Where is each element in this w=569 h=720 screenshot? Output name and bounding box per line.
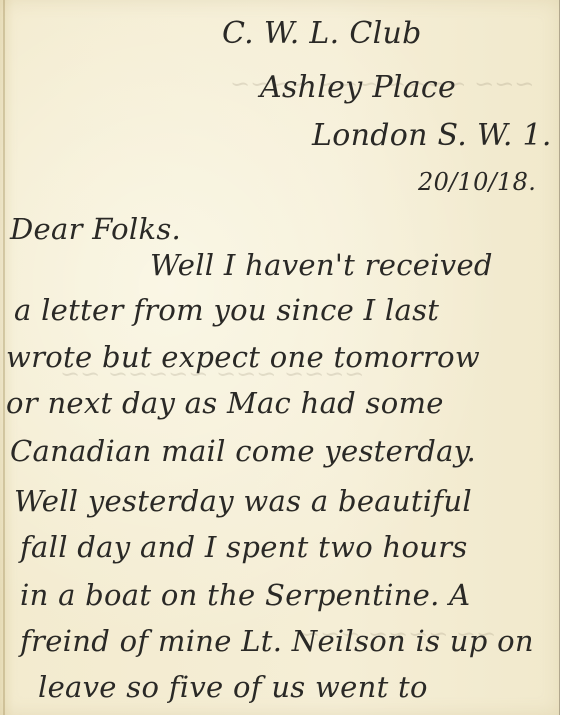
body-line: Well yesterday was a beautiful [14,484,472,518]
body-line: Canadian mail come yesterday. [10,434,476,468]
letter-date: 20/10/18. [418,168,536,196]
body-line: a letter from you since I last [14,293,439,327]
address-line-city: London S. W. 1. [312,118,552,153]
salutation: Dear Folks. [10,212,181,246]
body-line: wrote but expect one tomorrow [6,340,480,374]
body-line: Well I haven't received [150,248,493,282]
body-line: fall day and I spent two hours [20,530,468,564]
body-line: leave so five of us went to [38,670,428,704]
body-line: in a boat on the Serpentine. A [20,578,470,612]
body-line: freind of mine Lt. Neilson is up on [20,624,534,658]
address-line-street: Ashley Place [260,70,456,105]
address-line-club: C. W. L. Club [222,16,422,51]
body-line: or next day as Mac had some [6,386,444,420]
letter-page: ~~~ ~~~~ ~~~ ~~~~ ~~~~ ~~~ ~~~~~ ~~ ~~ ~… [0,0,560,715]
